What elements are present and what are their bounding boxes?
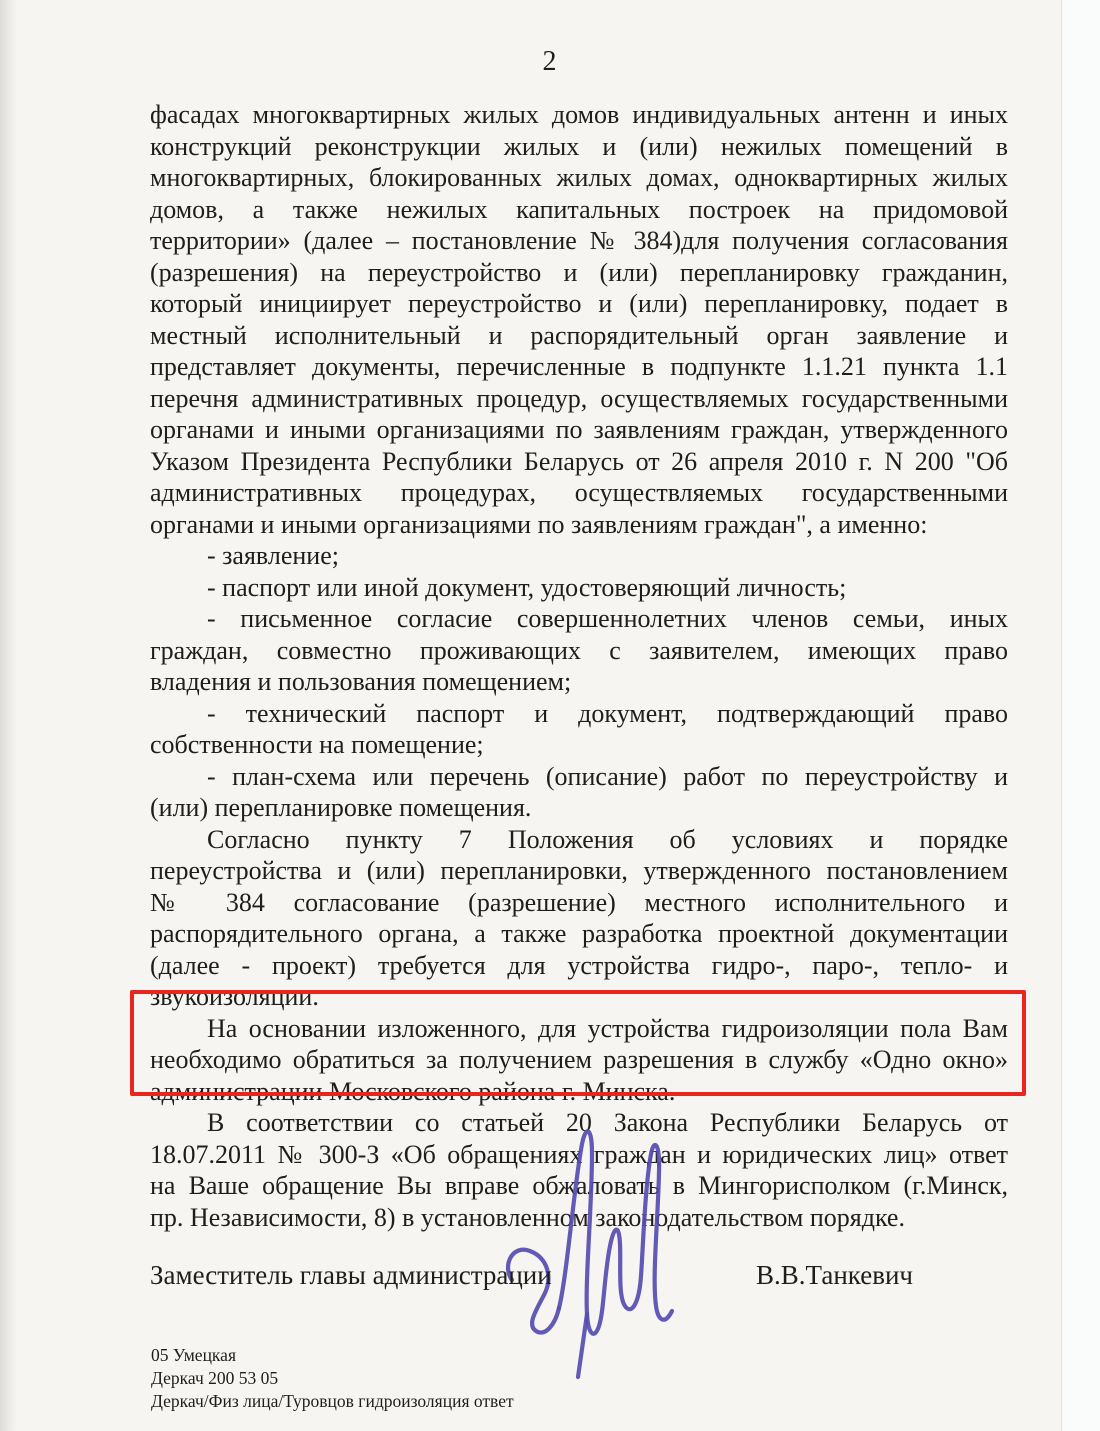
paragraph: - заявление; <box>150 540 1008 572</box>
body-line: владения и пользования помещением; <box>150 666 1008 698</box>
body-line: - заявление; <box>150 540 1008 572</box>
body-line: администрации Московского района г. Минс… <box>150 1076 1008 1108</box>
signoff-title: Заместитель главы администрации <box>150 1260 552 1291</box>
paragraph: - паспорт или иной документ, удостоверяю… <box>150 572 1008 604</box>
body-line: многоквартирных, блокированных жилых дом… <box>150 162 1008 194</box>
body-line: Согласно пункту 7 Положения об условиях … <box>150 824 1008 856</box>
body-line: местный исполнительный и распорядительны… <box>150 320 1008 352</box>
scanned-letter-page: 2 фасадах многоквартирных жилых домов ин… <box>0 0 1100 1431</box>
body-line: собственности на помещение; <box>150 729 1008 761</box>
body-line: - технический паспорт и документ, подтве… <box>150 698 1008 730</box>
paragraph: фасадах многоквартирных жилых домов инди… <box>150 99 1008 540</box>
body-line: Указом Президента Республики Беларусь от… <box>150 446 1008 478</box>
body-line: который инициирует переустройство и (или… <box>150 288 1008 320</box>
footer-line: Деркач/Физ лица/Туровцов гидроизоляция о… <box>151 1390 514 1413</box>
body-line: домов, а также нежилых капитальных постр… <box>150 194 1008 226</box>
body-line: № 384 согласование (разрешение) местного… <box>150 887 1008 919</box>
paragraph: На основании изложенного, для устройства… <box>150 1013 1008 1108</box>
footer-block: 05 УмецкаяДеркач 200 53 05Деркач/Физ лиц… <box>151 1344 514 1413</box>
scan-right-edge-strip <box>1061 0 1100 1431</box>
body-line: необходимо обратиться за получением разр… <box>150 1044 1008 1076</box>
body-line: (разрешения) на переустройство и (или) п… <box>150 257 1008 289</box>
body-line: - план-схема или перечень (описание) раб… <box>150 761 1008 793</box>
paragraph: - план-схема или перечень (описание) раб… <box>150 761 1008 824</box>
body-line: (или) перепланировке помещения. <box>150 792 1008 824</box>
footer-line: Деркач 200 53 05 <box>151 1367 514 1390</box>
body-line: конструкций реконструкции жилых и (или) … <box>150 131 1008 163</box>
body-line: представляет документы, перечисленные в … <box>150 351 1008 383</box>
body-line: звукоизоляции. <box>150 981 1008 1013</box>
body-line: перечня административных процедур, осуще… <box>150 383 1008 415</box>
body-line: территории» (далее – постановление № 384… <box>150 225 1008 257</box>
body-line: фасадах многоквартирных жилых домов инди… <box>150 99 1008 131</box>
body-line: (далее - проект) требуется для устройств… <box>150 950 1008 982</box>
body-line: граждан, совместно проживающих с заявите… <box>150 635 1008 667</box>
body-line: административных процедурах, осуществляе… <box>150 477 1008 509</box>
footer-line: 05 Умецкая <box>151 1344 514 1367</box>
body-line: органами и иными организациями по заявле… <box>150 414 1008 446</box>
page-number: 2 <box>0 46 1100 78</box>
body-line: - письменное согласие совершеннолетних ч… <box>150 603 1008 635</box>
body-line: переустройства и (или) перепланировки, у… <box>150 855 1008 887</box>
signature-scribble <box>500 1128 685 1378</box>
paragraph: Согласно пункту 7 Положения об условиях … <box>150 824 1008 1013</box>
paragraph: - письменное согласие совершеннолетних ч… <box>150 603 1008 698</box>
body-text: фасадах многоквартирных жилых домов инди… <box>150 99 1008 1233</box>
signoff-name: В.В.Танкевич <box>756 1260 913 1291</box>
body-line: - паспорт или иной документ, удостоверяю… <box>150 572 1008 604</box>
paragraph: - технический паспорт и документ, подтве… <box>150 698 1008 761</box>
body-line: распорядительного органа, а также разраб… <box>150 918 1008 950</box>
scan-left-edge-shadow <box>0 0 16 1431</box>
body-line: На основании изложенного, для устройства… <box>150 1013 1008 1045</box>
body-line: органами и иными организациями по заявле… <box>150 509 1008 541</box>
